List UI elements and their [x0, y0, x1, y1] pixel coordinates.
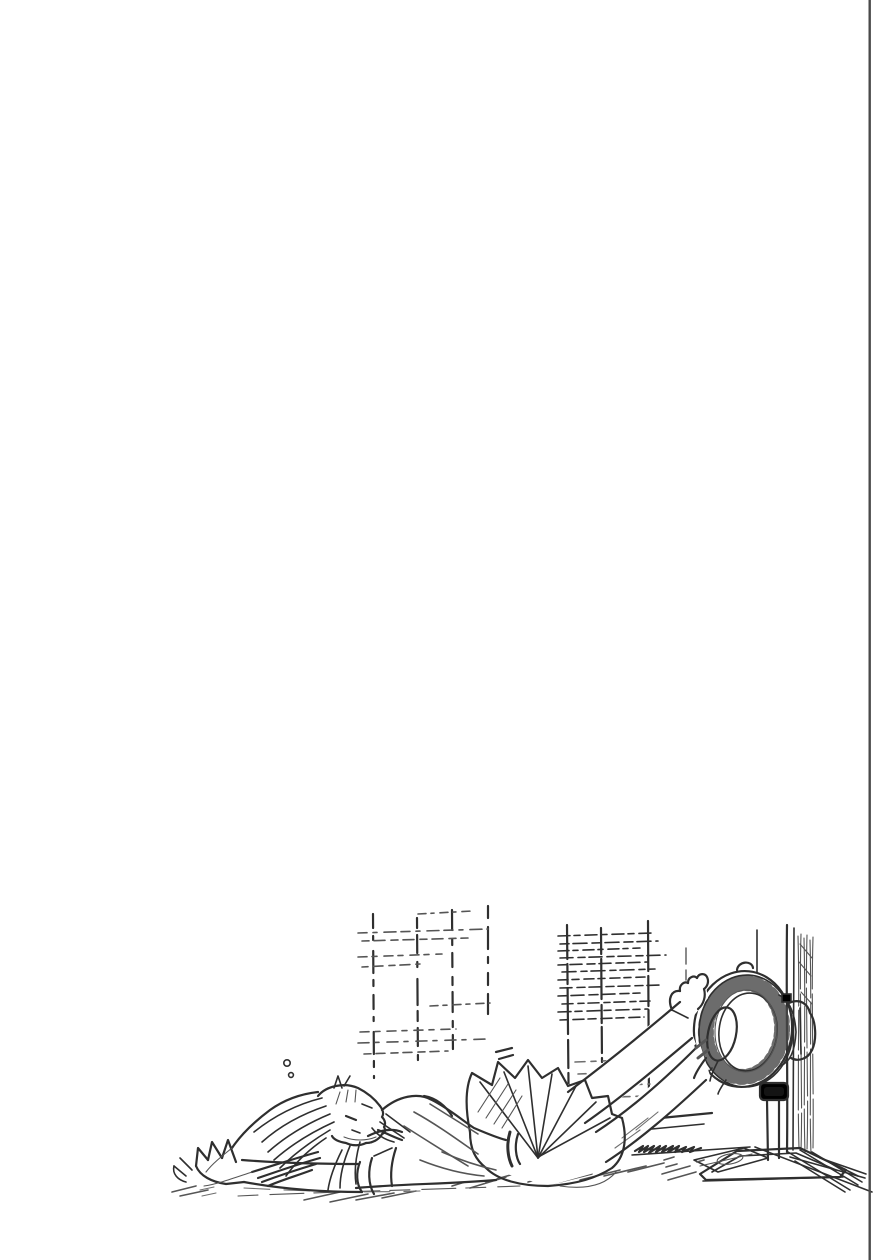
magazine-on-floor — [694, 1148, 768, 1172]
closed-eye — [346, 1116, 356, 1120]
manga-sketch-page — [0, 0, 876, 1260]
paper-speck — [320, 759, 324, 764]
bubble-mark — [284, 1060, 290, 1066]
eyebrow — [362, 1104, 372, 1108]
fan-top-knob — [737, 963, 753, 970]
mouth — [352, 1130, 360, 1133]
scan-edge-line — [869, 0, 871, 1260]
fan-pole — [767, 1100, 768, 1160]
paper-speck — [34, 122, 39, 126]
bubble-mark — [289, 1073, 294, 1078]
girl-lying-on-floor — [174, 974, 744, 1194]
sketch-illustration — [0, 0, 876, 1260]
dash-mark — [499, 1055, 513, 1059]
dash-mark — [496, 1048, 512, 1052]
paper-speck — [92, 408, 98, 412]
window-blinds-left — [358, 906, 490, 1078]
